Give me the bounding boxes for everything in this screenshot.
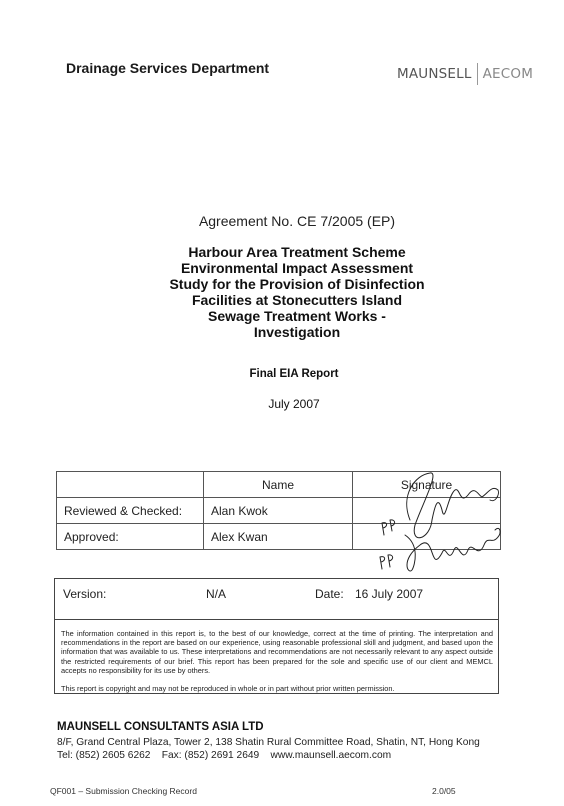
date-value: 16 July 2007 — [355, 587, 423, 601]
date-label: Date: — [315, 587, 344, 601]
report-type: Final EIA Report — [0, 368, 564, 380]
version-box: Version: N/A Date: 16 July 2007 The info… — [54, 578, 499, 694]
logo-maunsell: MAUNSELL — [397, 66, 472, 82]
title-line: Facilities at Stonecutters Island — [0, 292, 564, 308]
title-line: Harbour Area Treatment Scheme — [0, 244, 564, 260]
role-cell: Reviewed & Checked: — [57, 498, 204, 524]
footer-revision: 2.0/05 — [432, 786, 456, 796]
header-cell-name: Name — [204, 472, 353, 498]
footer-form-id: QF001 – Submission Checking Record — [50, 786, 197, 796]
report-title: Harbour Area Treatment Scheme Environmen… — [0, 244, 564, 340]
company-website[interactable]: www.maunsell.aecom.com — [271, 750, 392, 761]
department-name: Drainage Services Department — [66, 60, 269, 76]
title-line: Investigation — [0, 324, 564, 340]
company-name: MAUNSELL CONSULTANTS ASIA LTD — [57, 721, 264, 733]
company-tel: Tel: (852) 2605 6262 — [57, 750, 150, 761]
handwritten-signature — [360, 465, 510, 575]
role-cell: Approved: — [57, 524, 204, 550]
version-label: Version: — [63, 587, 106, 601]
title-line: Sewage Treatment Works - — [0, 308, 564, 324]
logo-divider — [477, 63, 478, 85]
title-line: Study for the Provision of Disinfection — [0, 276, 564, 292]
version-row: Version: N/A Date: 16 July 2007 — [55, 579, 498, 620]
version-value: N/A — [206, 587, 226, 601]
header-cell-empty — [57, 472, 204, 498]
title-line: Environmental Impact Assessment — [0, 260, 564, 276]
copyright-notice: This report is copyright and may not be … — [61, 684, 395, 693]
company-address: 8/F, Grand Central Plaza, Tower 2, 138 S… — [57, 736, 480, 749]
name-cell: Alan Kwok — [204, 498, 353, 524]
name-cell: Alex Kwan — [204, 524, 353, 550]
company-logo: MAUNSELL AECOM — [397, 63, 533, 85]
company-contact: 8/F, Grand Central Plaza, Tower 2, 138 S… — [57, 736, 480, 762]
agreement-number: Agreement No. CE 7/2005 (EP) — [0, 213, 564, 229]
disclaimer-text: The information contained in this report… — [61, 629, 493, 675]
logo-aecom: AECOM — [483, 66, 533, 82]
company-fax: Fax: (852) 2691 2649 — [162, 750, 259, 761]
contact-line: Tel: (852) 2605 6262 Fax: (852) 2691 264… — [57, 749, 480, 762]
report-date: July 2007 — [0, 397, 564, 411]
